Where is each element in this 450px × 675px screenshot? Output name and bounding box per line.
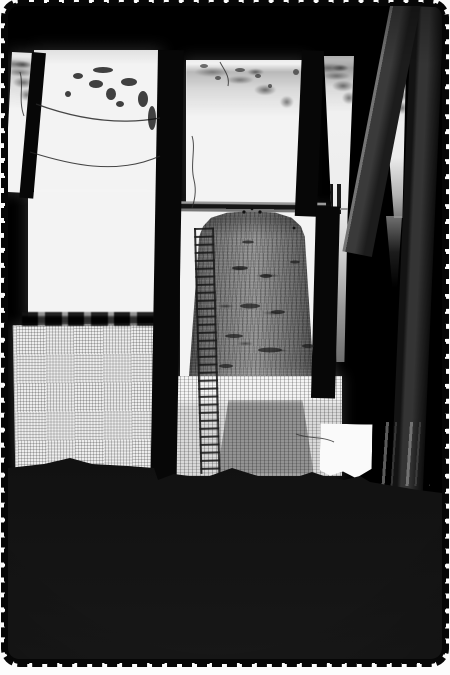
photo-print-page — [0, 0, 450, 675]
film-rebate-frame — [5, 3, 445, 663]
mullion-right-of-chimney — [311, 206, 340, 399]
mid-pane — [186, 60, 306, 206]
grimy-glazing-bar — [22, 312, 164, 326]
small-bright-pane — [320, 424, 373, 479]
mesh-pane — [13, 323, 166, 472]
photograph — [8, 6, 442, 659]
left-pane-lower — [28, 192, 160, 318]
gray-streaks — [380, 422, 430, 486]
left-pane-upper — [34, 50, 160, 196]
